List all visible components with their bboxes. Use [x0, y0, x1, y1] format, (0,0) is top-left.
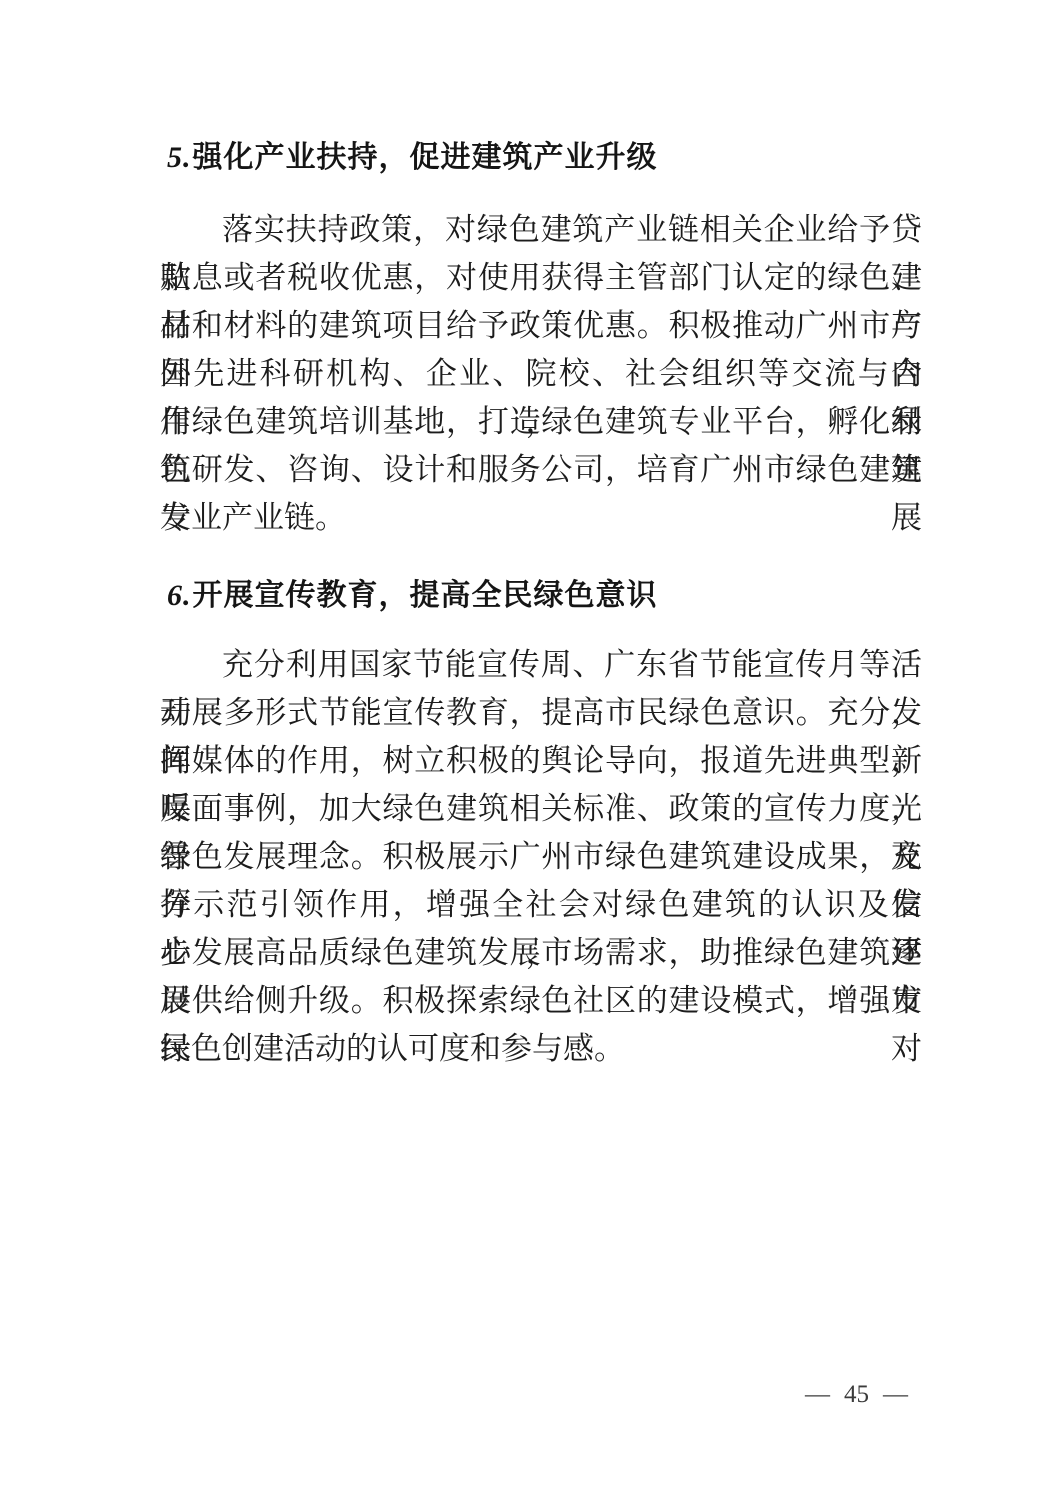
text-line: 筑研发、咨询、设计和服务公司，培育广州市绿色建筑发展: [160, 446, 922, 494]
section-5-paragraph: 落实扶持政策，对绿色建筑产业链相关企业给予贷款、 贴息或者税收优惠，对使用获得主…: [160, 206, 922, 542]
text-line: 挥示范引领作用，增强全社会对绿色建筑的认识及信心，逐: [160, 881, 922, 929]
text-line: 品和材料的建筑项目给予政策优惠。积极推动广州市与国内: [160, 302, 922, 350]
text-line: 外先进科研机构、企业、院校、社会组织等交流与合作，利: [160, 350, 922, 398]
section-6-heading-title: 开展宣传教育，提高全民绿色意识: [193, 579, 658, 612]
section-5-heading: 5.强化产业扶持，促进建筑产业升级: [167, 140, 922, 176]
text-line: 落实扶持政策，对绿色建筑产业链相关企业给予贷款、: [160, 206, 922, 254]
page-number: 45: [844, 1381, 869, 1408]
text-line: 用绿色建筑培训基地，打造绿色建筑专业平台，孵化绿色建: [160, 398, 922, 446]
document-page: 5.强化产业扶持，促进建筑产业升级 落实扶持政策，对绿色建筑产业链相关企业给予贷…: [0, 0, 1050, 1485]
text-line: 步发展高品质绿色建筑发展市场需求，助推绿色建筑建设发: [160, 929, 922, 977]
text-line: 反面事例，加大绿色建筑相关标准、政策的宣传力度，普及: [160, 785, 922, 833]
section-5-heading-number: 5.: [167, 141, 192, 174]
text-line: 绿色发展理念。积极展示广州市绿色建筑建设成果，充分发: [160, 833, 922, 881]
text-line: 贴息或者税收优惠，对使用获得主管部门认定的绿色建材产: [160, 254, 922, 302]
footer-dash-right: —: [883, 1381, 908, 1408]
text-line: 充分利用国家节能宣传周、广东省节能宣传月等活动，: [160, 641, 922, 689]
section-6-paragraph: 充分利用国家节能宣传周、广东省节能宣传月等活动， 开展多形式节能宣传教育，提高市…: [160, 641, 922, 1073]
section-6-heading: 6.开展宣传教育，提高全民绿色意识: [167, 578, 922, 614]
text-line: 闻媒体的作用，树立积极的舆论导向，报道先进典型，曝光: [160, 737, 922, 785]
text-line: 开展多形式节能宣传教育，提高市民绿色意识。充分发挥新: [160, 689, 922, 737]
text-line: 展供给侧升级。积极探索绿色社区的建设模式，增强市民对: [160, 977, 922, 1025]
page-content: 5.强化产业扶持，促进建筑产业升级 落实扶持政策，对绿色建筑产业链相关企业给予贷…: [160, 0, 922, 1073]
section-5-heading-title: 强化产业扶持，促进建筑产业升级: [193, 141, 658, 174]
section-6-heading-number: 6.: [167, 579, 192, 612]
footer-dash-left: —: [805, 1381, 830, 1408]
page-footer: —45—: [805, 1381, 908, 1409]
